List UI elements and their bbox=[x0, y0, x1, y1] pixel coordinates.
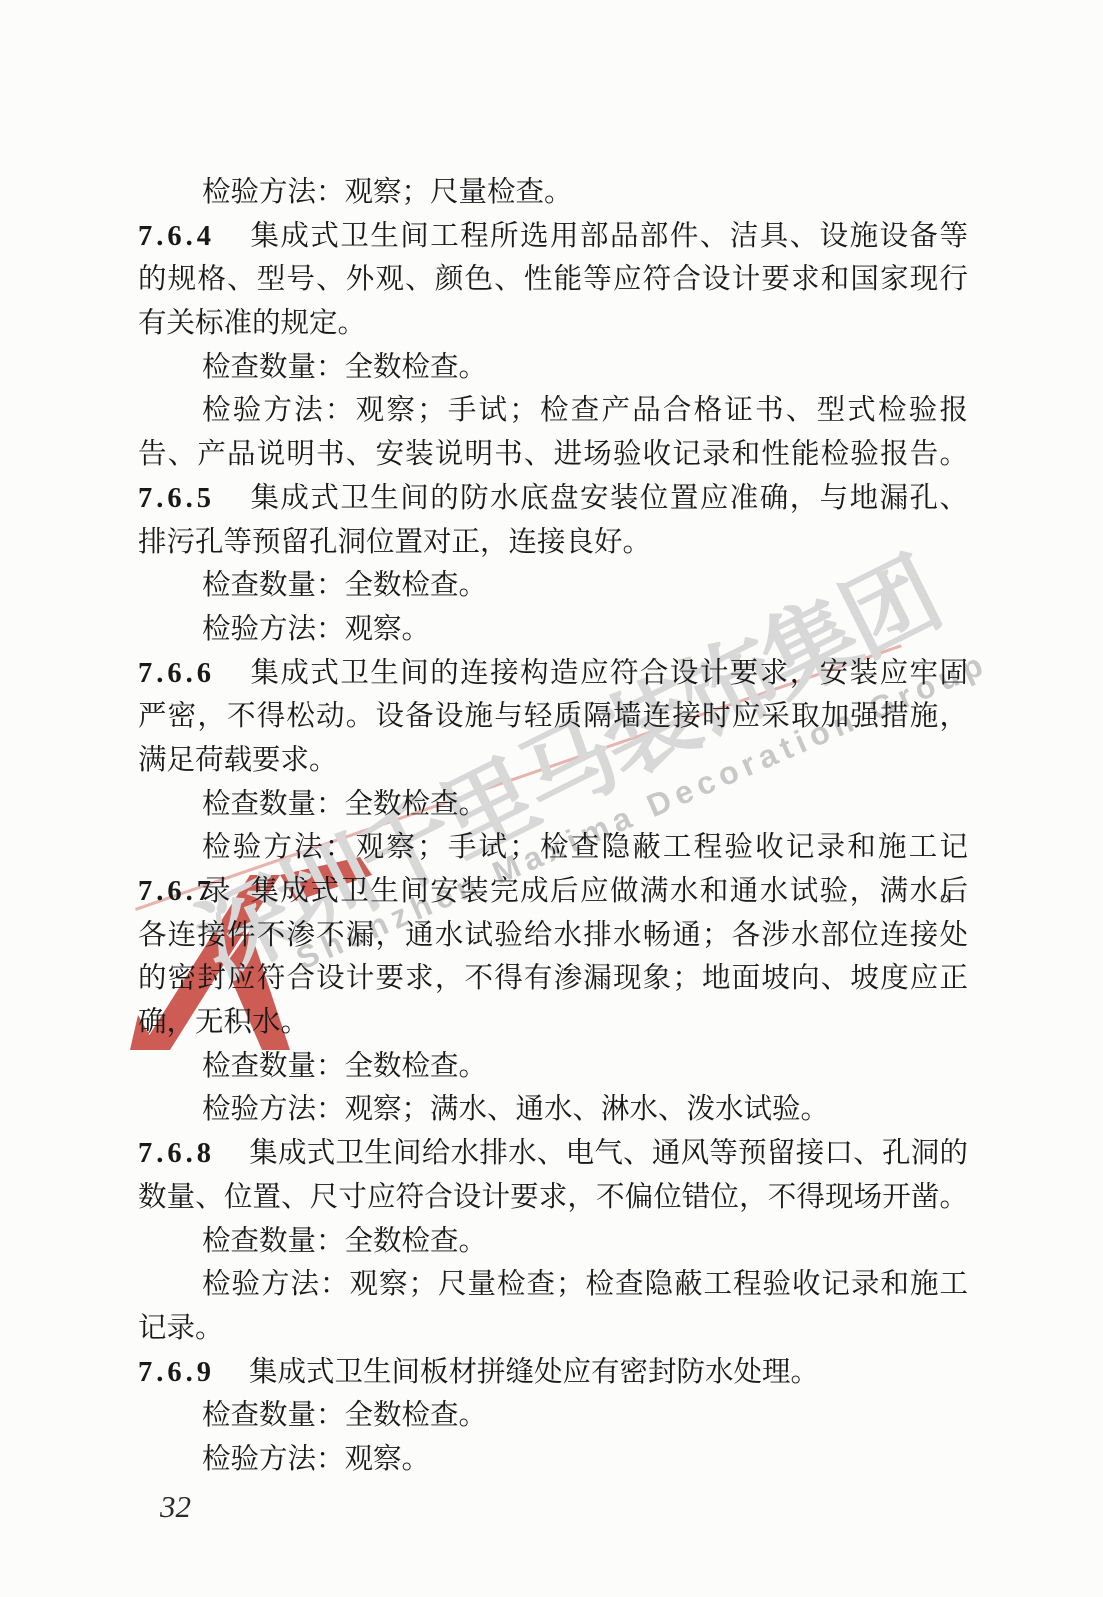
text-line: 检验方法：观察；满水、通水、淋水、泼水试验。 bbox=[138, 1088, 968, 1132]
text-line: 检查数量：全数检查。 bbox=[138, 1220, 968, 1264]
clause-number: 7.6.7 bbox=[138, 876, 215, 907]
text-line: 7.6.4集成式卫生间工程所选用部品部件、洁具、设施设备等 bbox=[138, 215, 968, 259]
text-line: 的密封应符合设计要求，不得有渗漏现象；地面坡向、坡度应正 bbox=[138, 957, 968, 1001]
text-line: 检查数量：全数检查。 bbox=[138, 346, 968, 390]
text-line: 7.6.9集成式卫生间板材拼缝处应有密封防水处理。 bbox=[138, 1351, 968, 1395]
text-line: 排污孔等预留孔洞位置对正，连接良好。 bbox=[138, 521, 968, 565]
text-line: 告、产品说明书、安装说明书、进场验收记录和性能检验报告。 bbox=[138, 433, 968, 477]
text-line: 检查数量：全数检查。 bbox=[138, 564, 968, 608]
document-body: 检验方法：观察；尺量检查。7.6.4集成式卫生间工程所选用部品部件、洁具、设施设… bbox=[138, 171, 968, 1482]
text-line: 数量、位置、尺寸应符合设计要求，不偏位错位，不得现场开凿。 bbox=[138, 1176, 968, 1220]
document-page: 深圳千里马装饰集团 Shenzhen Maxima Decoration Gro… bbox=[0, 0, 1103, 1597]
text-line: 检验方法：观察。 bbox=[138, 1438, 968, 1482]
clause-number: 7.6.8 bbox=[138, 1138, 215, 1169]
text-line: 检查数量：全数检查。 bbox=[138, 1394, 968, 1438]
text-line: 检验方法：观察；尺量检查。 bbox=[138, 171, 968, 215]
page-number: 32 bbox=[160, 1489, 191, 1525]
text-line: 检验方法：观察；手试；检查产品合格证书、型式检验报 bbox=[138, 389, 968, 433]
text-line: 7.6.8集成式卫生间给水排水、电气、通风等预留接口、孔洞的 bbox=[138, 1132, 968, 1176]
text-line: 检验方法：观察；尺量检查；检查隐蔽工程验收记录和施工 bbox=[138, 1263, 968, 1307]
clause-number: 7.6.6 bbox=[138, 658, 215, 689]
text-line: 检查数量：全数检查。 bbox=[138, 783, 968, 827]
clause-number: 7.6.4 bbox=[138, 221, 215, 252]
text-line: 严密，不得松动。设备设施与轻质隔墙连接时应采取加强措施， bbox=[138, 695, 968, 739]
text-line: 的规格、型号、外观、颜色、性能等应符合设计要求和国家现行 bbox=[138, 258, 968, 302]
text-line: 检验方法：观察；手试；检查隐蔽工程验收记录和施工记录。 bbox=[138, 826, 968, 870]
text-line: 检查数量：全数检查。 bbox=[138, 1045, 968, 1089]
text-line: 确，无积水。 bbox=[138, 1001, 968, 1045]
text-line: 满足荷载要求。 bbox=[138, 739, 968, 783]
text-line: 7.6.5集成式卫生间的防水底盘安装位置应准确，与地漏孔、 bbox=[138, 477, 968, 521]
clause-number: 7.6.9 bbox=[138, 1357, 215, 1388]
clause-number: 7.6.5 bbox=[138, 483, 215, 514]
text-line: 检验方法：观察。 bbox=[138, 608, 968, 652]
text-line: 记录。 bbox=[138, 1307, 968, 1351]
text-line: 7.6.6集成式卫生间的连接构造应符合设计要求，安装应牢固 bbox=[138, 652, 968, 696]
text-line: 各连接件不渗不漏，通水试验给水排水畅通；各涉水部位连接处 bbox=[138, 914, 968, 958]
text-line: 有关标准的规定。 bbox=[138, 302, 968, 346]
text-line: 7.6.7集成式卫生间安装完成后应做满水和通水试验，满水后 bbox=[138, 870, 968, 914]
